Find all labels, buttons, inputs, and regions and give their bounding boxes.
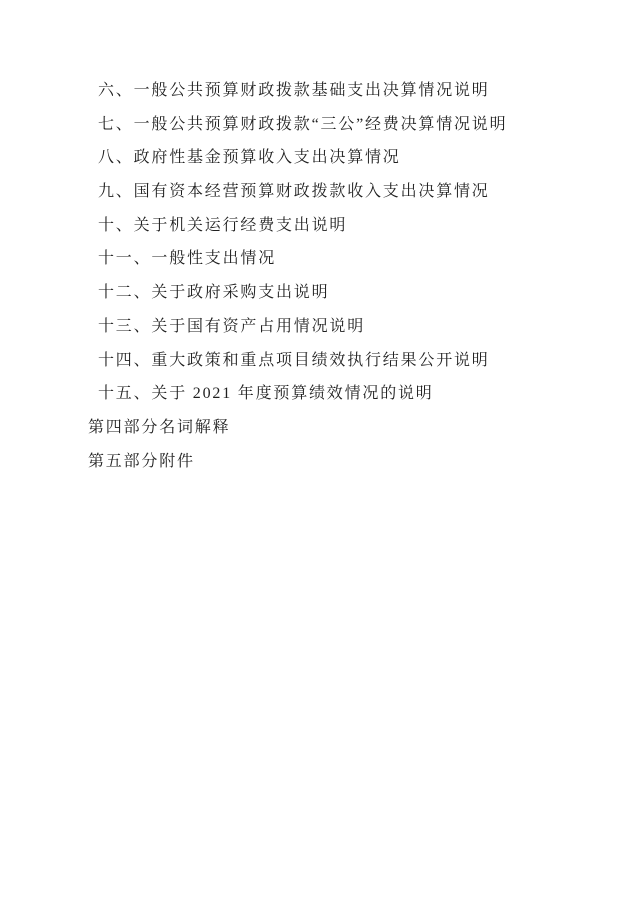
toc-item: 七、一般公共预算财政拨款“三公”经费决算情况说明	[88, 108, 605, 142]
document-page: 六、一般公共预算财政拨款基础支出决算情况说明七、一般公共预算财政拨款“三公”经费…	[0, 0, 635, 898]
toc-item: 八、政府性基金预算收入支出决算情况	[88, 141, 605, 175]
toc-item: 十一、一般性支出情况	[88, 242, 605, 276]
toc-item: 第五部分附件	[88, 445, 605, 479]
toc-item: 九、国有资本经营预算财政拨款收入支出决算情况	[88, 175, 605, 209]
table-of-contents: 六、一般公共预算财政拨款基础支出决算情况说明七、一般公共预算财政拨款“三公”经费…	[88, 74, 605, 478]
toc-item: 十二、关于政府采购支出说明	[88, 276, 605, 310]
toc-item: 十五、关于 2021 年度预算绩效情况的说明	[88, 377, 605, 411]
toc-item: 十、关于机关运行经费支出说明	[88, 209, 605, 243]
toc-item: 十三、关于国有资产占用情况说明	[88, 310, 605, 344]
toc-item: 六、一般公共预算财政拨款基础支出决算情况说明	[88, 74, 605, 108]
toc-item: 第四部分名词解释	[88, 411, 605, 445]
toc-item: 十四、重大政策和重点项目绩效执行结果公开说明	[88, 344, 605, 378]
